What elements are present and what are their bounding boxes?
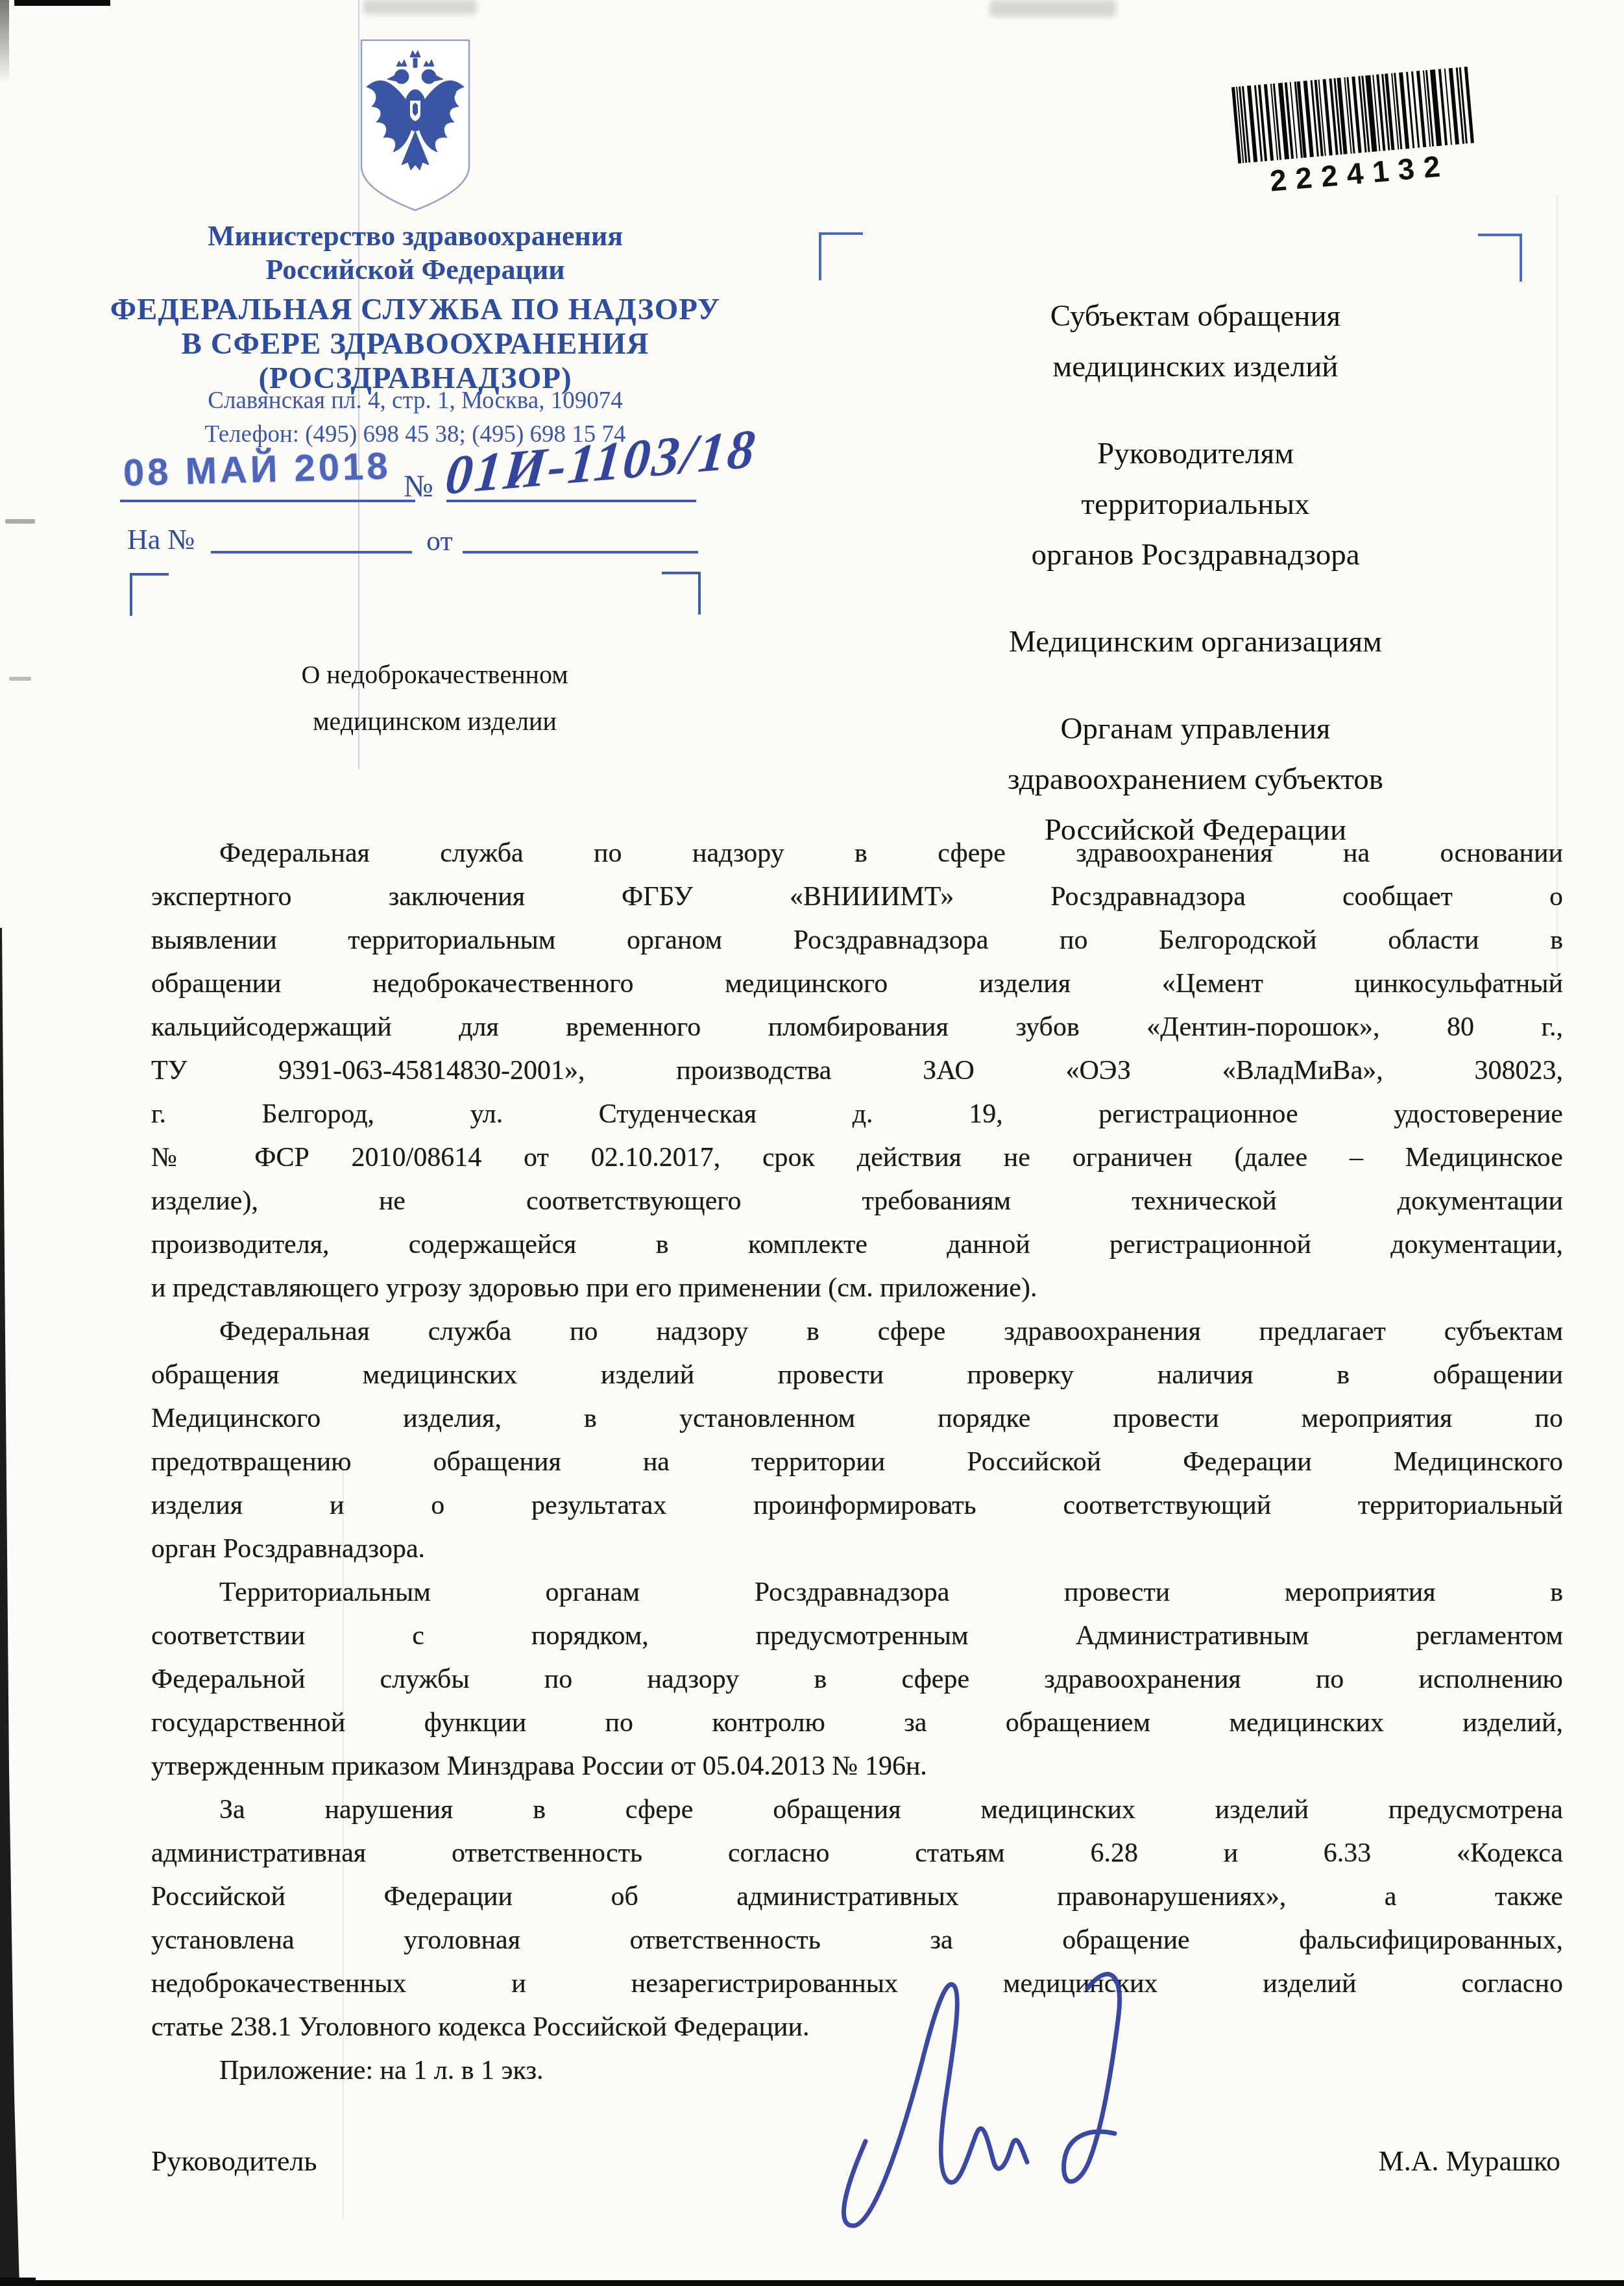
recipient-list: Субъектам обращениямедицинских изделийРу… xyxy=(837,291,1554,892)
date-stamp: 08 МАЙ 2018 xyxy=(123,444,391,495)
body-text-line: экспертного заключения ФГБУ «ВНИИИМТ» Ро… xyxy=(151,875,1563,919)
number-sign-label: № xyxy=(404,468,433,504)
recipient-line: медицинских изделий xyxy=(837,341,1554,392)
reply-from-label: от xyxy=(426,524,453,557)
body-text-line: № ФСР 2010/08614 от 02.10.2017, срок дей… xyxy=(151,1136,1563,1180)
number-underline xyxy=(446,500,696,502)
body-text-line: ТУ 9391-063-45814830-2001», производства… xyxy=(151,1049,1563,1093)
body-text-line: За нарушения в сфере обращения медицинск… xyxy=(151,1788,1563,1832)
body-text-line: изделие), не соответствующего требования… xyxy=(151,1180,1563,1223)
reply-date-underline xyxy=(463,551,698,553)
body-text-line: обращения медицинских изделий провести п… xyxy=(151,1354,1563,1397)
corner-bracket-recipient-right xyxy=(1478,234,1522,282)
recipient-line: Субъектам обращения xyxy=(837,291,1554,341)
scan-dash xyxy=(9,677,31,681)
recipient-line: территориальных xyxy=(837,479,1554,529)
ministry-name-line2: Российской Федерации xyxy=(97,253,733,286)
body-text-line: изделия и о результатах проинформировать… xyxy=(151,1484,1563,1527)
address-line: Славянская пл. 4, стр. 1, Москва, 109074 xyxy=(97,387,733,415)
body-text-line: Федеральной службы по надзору в сфере зд… xyxy=(151,1658,1563,1701)
recipient-line: Медицинским организациям xyxy=(837,616,1554,667)
recipient-line: Органам управления xyxy=(837,703,1554,754)
service-name-line2: В СФЕРЕ ЗДРАВООХРАНЕНИЯ xyxy=(78,326,753,361)
body-text-line: г. Белгород, ул. Студенческая д. 19, рег… xyxy=(151,1093,1563,1136)
recipient-group: Субъектам обращениямедицинских изделий xyxy=(837,291,1554,392)
recipient-line: органов Росздравнадзора xyxy=(837,529,1554,580)
body-text-line: Российской Федерации об административных… xyxy=(151,1875,1563,1919)
body-text-line: производителя, содержащейся в комплекте … xyxy=(151,1223,1563,1267)
body-text-line: Федеральная служба по надзору в сфере зд… xyxy=(151,832,1563,875)
signer-position-title: Руководитель xyxy=(151,2145,317,2178)
reply-number-underline xyxy=(211,551,412,553)
scan-artifact-bottom-corner xyxy=(0,2278,36,2286)
body-text-line: соответствии с порядком, предусмотренным… xyxy=(151,1614,1563,1658)
signature-scrawl xyxy=(727,1947,1142,2245)
body-text-line: кальцийсодержащий для временного пломбир… xyxy=(151,1006,1563,1049)
body-text-line: Медицинского изделия, в установленном по… xyxy=(151,1397,1563,1441)
reply-to-number-label: На № xyxy=(127,523,195,556)
recipient-line: здравоохранением субъектов xyxy=(837,754,1554,805)
corner-bracket-left xyxy=(130,573,169,616)
body-text-line: Территориальным органам Росздравнадзора … xyxy=(151,1571,1563,1614)
body-text-line: утвержденным приказом Минздрава России о… xyxy=(151,1745,1563,1788)
date-underline xyxy=(120,500,415,502)
subject-line: О недоброкачественноммедицинском изделии xyxy=(214,651,655,745)
scanned-letter-page: Министерство здравоохранения Российской … xyxy=(0,0,1624,2286)
body-text-line: Федеральная служба по надзору в сфере зд… xyxy=(151,1310,1563,1354)
body-text-line: и представляющего угрозу здоровью при ег… xyxy=(151,1267,1563,1310)
scan-artifact-left-streak xyxy=(0,928,19,2286)
body-text-line: государственной функции по контролю за о… xyxy=(151,1701,1563,1745)
coat-of-arms-icon xyxy=(356,38,474,214)
body-text-line: предотвращению обращения на территории Р… xyxy=(151,1441,1563,1484)
scan-artifact-top-bar xyxy=(14,0,110,6)
scan-smudge xyxy=(363,0,477,14)
recipient-line: Руководителям xyxy=(837,428,1554,479)
body-text-line: выявлении территориальным органом Росздр… xyxy=(151,919,1563,962)
body-text-line: обращении недоброкачественного медицинск… xyxy=(151,962,1563,1006)
scan-artifact-top-left-shadow xyxy=(0,0,9,84)
scan-smudge xyxy=(989,0,1116,17)
body-text-line: административная ответственность согласн… xyxy=(151,1832,1563,1875)
recipient-group: Медицинским организациям xyxy=(837,616,1554,667)
corner-bracket-recipient-left xyxy=(819,232,863,280)
signer-name: М.А. Мурашко xyxy=(1353,2145,1560,2178)
corner-bracket-right xyxy=(662,572,701,614)
scan-dash xyxy=(5,519,35,524)
ministry-name-line1: Министерство здравоохранения xyxy=(97,219,733,252)
recipient-group: Руководителямтерриториальныхорганов Росз… xyxy=(837,428,1554,580)
barcode: 2224132 xyxy=(1231,66,1481,201)
subject-text-line: медицинском изделии xyxy=(214,698,655,745)
subject-text-line: О недоброкачественном xyxy=(214,651,655,698)
scan-artifact-bottom-bar xyxy=(36,2280,1624,2286)
letter-body: Федеральная служба по надзору в сфере зд… xyxy=(151,832,1563,2093)
service-name-line1: ФЕДЕРАЛЬНАЯ СЛУЖБА ПО НАДЗОРУ xyxy=(78,292,753,327)
body-text-line: орган Росздравнадзора. xyxy=(151,1527,1563,1571)
